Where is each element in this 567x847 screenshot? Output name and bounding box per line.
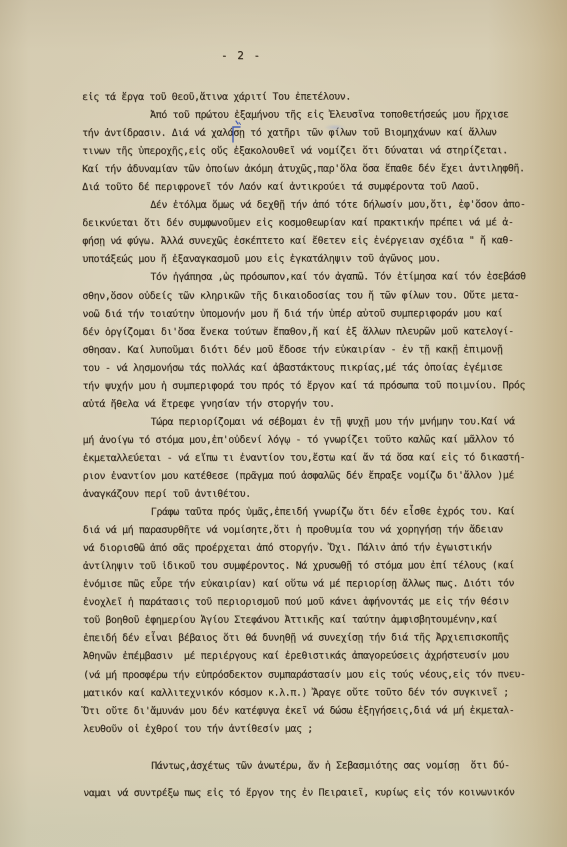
- text-line: τοῦ βοηθοῦ ἐφημερίου Ἁγίου Στεφάνου Ἀττι…: [83, 612, 543, 631]
- text-line: ἀναγκάζουν περί τοῦ ἀντιθέτου.: [83, 485, 543, 504]
- text-line: του - νά λησμονήσω τάς πολλάς καί ἀβαστά…: [82, 359, 542, 378]
- text-line: ἐνοχλεῖ ἡ παράτασις τοῦ περιορισμοῦ πού …: [83, 594, 543, 613]
- text-line: ριον ἐναντίον μου κατέθεσε (πρᾶγμα πού ἀ…: [83, 467, 543, 486]
- text-line: Διά τοῦτο δέ περιφρονεῖ τόν Λαόν καί ἀντ…: [82, 178, 542, 197]
- text-line: τινων τῆς ὑπεροχῆς,εἰς οὕς ἐξακολουθεῖ ν…: [82, 142, 542, 161]
- text-line: Γράφω ταῦτα πρός ὑμᾶς,ἐπειδή γνωρίζω ὅτι…: [83, 503, 543, 522]
- page-number: - 2 -: [221, 49, 262, 62]
- text-line: Ἀθηνῶν ἐπέμβασιν μέ περιέργους καί ἐρεθι…: [83, 648, 543, 667]
- text-line: Καί τήν ἀδυναμίαν τῶν ὁποίων ἀκόμη ἀτυχῶ…: [82, 160, 542, 179]
- ink-smudge: [320, 123, 350, 132]
- text-line: τήν ἀντίδρασιν. Διά νά χαλάσῃ τό χατῆρι …: [82, 124, 542, 143]
- text-body: εἰς τά ἔργα τοῦ Θεοῦ,ἅτινα χάριτί Του ἐπ…: [82, 88, 543, 806]
- text-line: τήν ψυχήν μου ἡ συμπεριφορά του πρός τό …: [83, 377, 543, 396]
- text-line: νοῶ διά τήν τοιαύτην ὑπομονήν μου ἤ διά …: [82, 305, 542, 324]
- text-line: ἐκμεταλλεύεται - νά εἴπω τι ἐναντίον του…: [83, 449, 543, 468]
- text-line: εἰς τά ἔργα τοῦ Θεοῦ,ἅτινα χάριτί Του ἐπ…: [82, 88, 542, 107]
- text-line: δεικνύεται ὅτι δέν συμφωνοῦμεν εἰς κοσμο…: [82, 215, 542, 234]
- text-line: υποτάξεώς μου ἤ ἐξαναγκασμοῦ μου εἰς ἐγκ…: [82, 251, 542, 270]
- scanned-document-page: - 2 - εἰς τά ἔργα τοῦ Θεοῦ,ἅτινα χάριτί …: [0, 0, 567, 847]
- text-line: Τώρα περιορίζομαι νά σέβομαι ἐν τῇ ψυχῇ …: [83, 413, 543, 432]
- text-line: (νά μή προσφέρω τήν εὐπρόσδεκτον συμπαρά…: [83, 666, 543, 685]
- text-line: Δέν ἐτόλμα ὅμως νά δεχθῇ τήν ἀπό τότε δή…: [82, 196, 542, 215]
- text-line: Ἀπό τοῦ πρώτου ἑξαμήνου τῆς εἰς Ἐλευσῖνα…: [82, 106, 542, 125]
- text-line: Πάντως,ἀσχέτως τῶν ἀνωτέρω, ἄν ἡ Σεβασμι…: [83, 752, 543, 780]
- text-line: σθησαν. Καί λυποῦμαι διότι δέν μοῦ ἔδοσε…: [82, 341, 542, 360]
- text-line: νά διορισθῶ ἀπό σᾶς προέρχεται ἀπό στοργ…: [83, 539, 543, 558]
- text-line: αὐτά ἤθελα νά ἔτρεφε γνησίαν τήν στοργήν…: [83, 395, 543, 414]
- text-line: σθην,ὅσον οὐδείς τῶν κληρικῶν τῆς δικαιο…: [82, 287, 542, 306]
- text-line: δέν ὀργίζομαι δι'ὅσα ἕνεκα τούτων ἔπαθον…: [82, 323, 542, 342]
- text-line: ἐπειδή δέν εἶναι βέβαιος ὅτι θά δυνηθῇ ν…: [83, 630, 543, 649]
- text-line: λευθοῦν οἱ ἐχθροί του τήν ἀντίθεσίν μας …: [83, 720, 543, 739]
- text-line: ναμαι νά συντρέξω πως εἰς τό ἔργον της ἐ…: [83, 779, 543, 807]
- text-line: Ὅτι οὔτε δι'ἄμυνάν μου δέν κατέφυγα ἐκεῖ…: [83, 702, 543, 721]
- blue-pen-insertion-mark: [228, 120, 244, 144]
- text-line: φήσῃ νά φύγω. Ἀλλά συνεχῶς ἐσκέπτετο καί…: [82, 233, 542, 252]
- text-line: μή ἀνοίγω τό στόμα μου,ἐπ'οὐδενί λόγῳ - …: [83, 431, 543, 450]
- text-line: ἀντίληψιν τοῦ ἰδικοῦ του συμφέροντος. Νά…: [83, 557, 543, 576]
- text-line: Τόν ἠγάπησα ,ὡς πρόσωπον,καί τόν ἀγαπῶ. …: [82, 269, 542, 288]
- text-line: ἐνόμισε πῶς εὗρε τήν εὐκαιρίαν) καί οὕτω…: [83, 575, 543, 594]
- text-line: διά νά μή παρασυρθῆτε νά νομίσητε,ὅτι ἡ …: [83, 521, 543, 540]
- text-line: ματικόν καί καλλιτεχνικόν κόσμον κ.λ.π.)…: [83, 684, 543, 703]
